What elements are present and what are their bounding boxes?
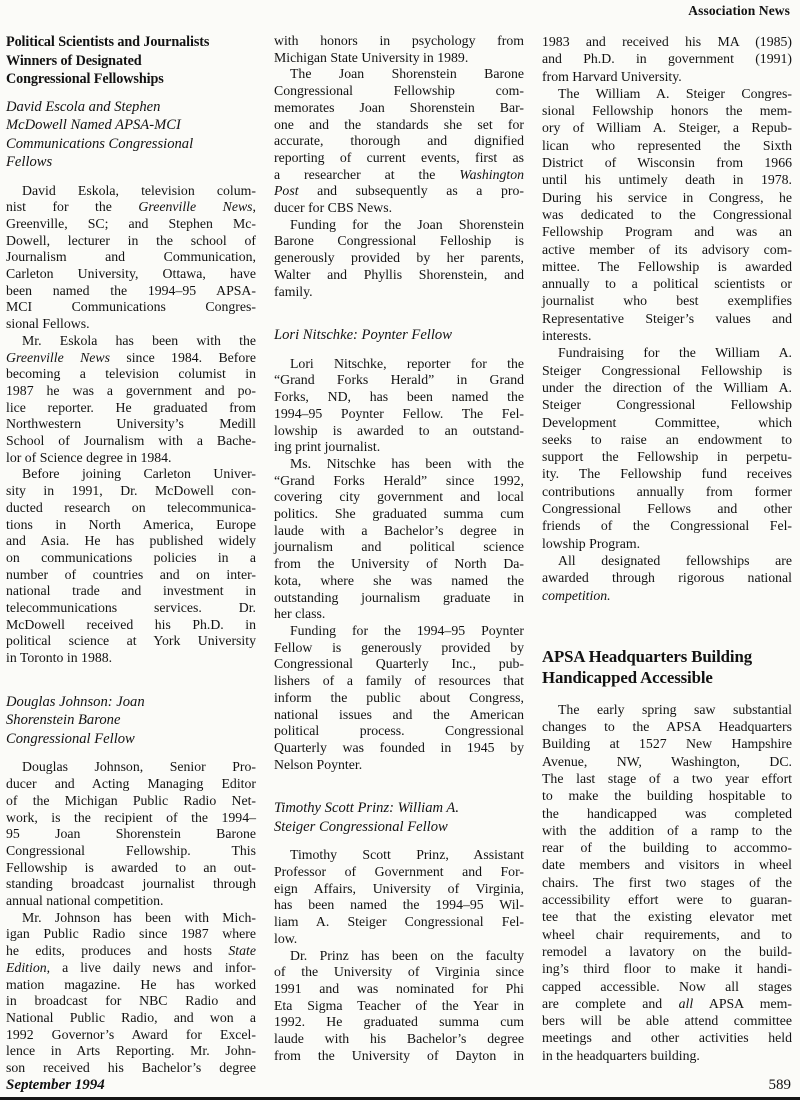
text-line: was dedicated to the Congressional: [542, 206, 792, 223]
text-line: from the University of Dayton in: [274, 1048, 524, 1065]
text-line: Journalism and Communication,: [6, 249, 256, 266]
text-line: 1983 and received his MA (1985): [542, 33, 792, 50]
text-line: reporting of current events, first as: [274, 150, 524, 167]
paragraph: Mr. Johnson has been with Mich-igan Publ…: [6, 910, 256, 1077]
text-line: The Joan Shorenstein Barone: [274, 66, 524, 83]
text-line: Douglas Johnson: Joan: [6, 693, 256, 712]
text-line: Forks, ND, has been named the: [274, 389, 524, 406]
text-line: kota, where she was named the: [274, 573, 524, 590]
text-line: igan Public Radio since 1987 where: [6, 926, 256, 943]
text-line: and Asia. He has published widely: [6, 533, 256, 550]
text-line: eign Affairs, University of Virginia,: [274, 881, 524, 898]
text-line: lor of Science degree in 1984.: [6, 450, 256, 467]
text-line: Mr. Eskola has been with the: [6, 333, 256, 350]
text-line: tee that the existing elevator met: [542, 908, 792, 925]
text-line: Post and subsequently as a pro-: [274, 183, 524, 200]
text-line: friends of the Congressional Fel-: [542, 517, 792, 534]
text-line: chairs. The first two stages of the: [542, 874, 792, 891]
text-line: inform the public about Congress,: [274, 690, 524, 707]
text-line: standing broadcast journalist through: [6, 876, 256, 893]
text-line: political process. Congressional: [274, 723, 524, 740]
text-line: Quarterly was founded in 1945 by: [274, 740, 524, 757]
text-line: outstanding journalism graduate in: [274, 590, 524, 607]
text-line: meetings and other activities held: [542, 1029, 792, 1046]
text-line: ity. The Fellowship fund receives: [542, 465, 792, 482]
text-line: ing’s third floor to make it handi-: [542, 960, 792, 977]
text-line: from the University of North Da-: [274, 556, 524, 573]
paragraph: Douglas Johnson, Senior Pro-ducer and Ac…: [6, 759, 256, 909]
text-line: ducted research on telecommunica-: [6, 500, 256, 517]
text-line: ducer for CBS News.: [274, 200, 524, 217]
section-heading: APSA Headquarters BuildingHandicapped Ac…: [542, 646, 792, 688]
text-line: Congressional Fellow: [6, 730, 256, 749]
text-line: accurate, thorough and dignified: [274, 133, 524, 150]
text-line: one and the standards she set for: [274, 117, 524, 134]
text-line: he edits, produces and hosts State: [6, 943, 256, 960]
text-line: interests.: [542, 327, 792, 344]
text-line: with the addition of a ramp to the: [542, 822, 792, 839]
text-line: During his service in Congress, he: [542, 189, 792, 206]
text-line: Funding for the 1994–95 Poynter: [274, 623, 524, 640]
text-line: been named the 1994–95 APSA-: [6, 283, 256, 300]
paragraph: 1983 and received his MA (1985)and Ph.D.…: [542, 33, 792, 85]
text-line: under the direction of the William A.: [542, 379, 792, 396]
text-line: lice reporter. He graduated from: [6, 400, 256, 417]
text-line: from Harvard University.: [542, 68, 792, 85]
text-line: national trade and investment in: [6, 583, 256, 600]
text-line: APSA Headquarters Building: [542, 646, 792, 667]
text-line: lowship Program.: [542, 535, 792, 552]
text-line: 95 Joan Shorenstein Barone: [6, 826, 256, 843]
text-line: political science at York University: [6, 633, 256, 650]
text-line: Handicapped Accessible: [542, 667, 792, 688]
text-line: Dowell, lecturer in the school of: [6, 233, 256, 250]
text-line: Eta Sigma Teacher of the Year in: [274, 998, 524, 1015]
text-line: Funding for the Joan Shorenstein: [274, 217, 524, 234]
text-line: nist for the Greenville News,: [6, 199, 256, 216]
text-line: work, is the recipient of the 1994–: [6, 810, 256, 827]
text-line: lence in Arts Reporting. Mr. John-: [6, 1043, 256, 1060]
paragraph: The early spring saw substantialchanges …: [542, 701, 792, 1064]
text-line: competition.: [542, 587, 792, 604]
text-line: lowship is awarded to an outstand-: [274, 423, 524, 440]
text-line: lican who represented the Sixth: [542, 137, 792, 154]
paragraph: Dr. Prinz has been on the facultyof the …: [274, 948, 524, 1065]
text-line: Winners of Designated: [6, 52, 256, 71]
footer-page-number: 589: [769, 1077, 792, 1094]
text-line: 1991 and was nominated for Phi: [274, 981, 524, 998]
text-line: sional Fellowship honors the mem-: [542, 102, 792, 119]
text-line: Lori Nitschke: Poynter Fellow: [274, 326, 524, 345]
text-line: Dr. Prinz has been on the faculty: [274, 948, 524, 965]
text-line: in Toronto in 1988.: [6, 650, 256, 667]
text-line: 1987 he was a government and po-: [6, 383, 256, 400]
text-line: ducer and Acting Managing Editor: [6, 776, 256, 793]
article-heading: Political Scientists and JournalistsWinn…: [6, 33, 256, 89]
text-line: Michigan State University in 1989.: [274, 50, 524, 67]
section-subheading: David Escola and StephenMcDowell Named A…: [6, 98, 256, 172]
text-line: Edition, a live daily news and infor-: [6, 960, 256, 977]
text-line: mation magazine. He has worked: [6, 977, 256, 994]
text-line: Professor of Government and For-: [274, 864, 524, 881]
text-line: David Escola and Stephen: [6, 98, 256, 117]
text-line: and Ph.D. in government (1991): [542, 50, 792, 67]
text-line: Fellowship Program and was an: [542, 223, 792, 240]
text-line: are complete and all APSA mem-: [542, 995, 792, 1012]
text-line: memorates Joan Shorenstein Bar-: [274, 100, 524, 117]
text-line: wheel chair requirements, and to: [542, 926, 792, 943]
text-line: active member of its advisory com-: [542, 241, 792, 258]
text-line: laude with his Bachelor’s degree: [274, 1031, 524, 1048]
paragraph: Funding for the 1994–95 PoynterFellow is…: [274, 623, 524, 773]
paragraph: Fundraising for the William A.Steiger Co…: [542, 344, 792, 552]
text-line: until his untimely death in 1978.: [542, 171, 792, 188]
text-line: Congressional Fellowships: [6, 70, 256, 89]
text-line: All designated fellowships are: [542, 552, 792, 569]
journal-page: Association News Political Scientists an…: [0, 0, 800, 1100]
text-line: Steiger Congressional Fellow: [274, 818, 524, 837]
text-line: covering city government and local: [274, 489, 524, 506]
text-line: Representative Steiger’s values and: [542, 310, 792, 327]
text-line: Ms. Nitschke has been with the: [274, 456, 524, 473]
text-line: changes to the APSA Headquarters: [542, 718, 792, 735]
text-line: politics. She graduated summa cum: [274, 506, 524, 523]
text-line: national issues and the American: [274, 707, 524, 724]
text-line: to make the building hospitable to: [542, 787, 792, 804]
text-line: becoming a television columist in: [6, 366, 256, 383]
text-line: McDowell received his Ph.D. in: [6, 617, 256, 634]
text-line: number of countries and on inter-: [6, 567, 256, 584]
paragraph: David Eskola, television colum-nist for …: [6, 183, 256, 333]
column-1: Political Scientists and JournalistsWinn…: [6, 33, 256, 1077]
text-line: Congressional Fellows and other: [542, 500, 792, 517]
text-line: rear of the building to accommo-: [542, 839, 792, 856]
text-line: “Grand Forks Herald” in Grand: [274, 372, 524, 389]
paragraph: Before joining Carleton Univer-sity in 1…: [6, 466, 256, 666]
text-line: Greenville News since 1984. Before: [6, 350, 256, 367]
paragraph: Timothy Scott Prinz, AssistantProfessor …: [274, 847, 524, 947]
text-line: Political Scientists and Journalists: [6, 33, 256, 52]
text-line: Development Committee, which: [542, 414, 792, 431]
text-line: Communications Congressional: [6, 135, 256, 154]
paragraph: Ms. Nitschke has been with the“Grand For…: [274, 456, 524, 623]
text-line: of the Michigan Public Radio Net-: [6, 793, 256, 810]
text-line: School of Journalism with a Bache-: [6, 433, 256, 450]
text-line: Steiger Congressional Fellowship: [542, 396, 792, 413]
column-3: 1983 and received his MA (1985)and Ph.D.…: [542, 33, 792, 1077]
text-line: The William A. Steiger Congres-: [542, 85, 792, 102]
text-line: The last stage of a two year effort: [542, 770, 792, 787]
text-line: on communications policies in a: [6, 550, 256, 567]
text-line: Congressional Fellowship com-: [274, 83, 524, 100]
text-line: MCI Communications Congres-: [6, 299, 256, 316]
text-line: Shorenstein Barone: [6, 711, 256, 730]
text-line: capped accessible. Now all stages: [542, 978, 792, 995]
text-line: contributions annually from former: [542, 483, 792, 500]
paragraph: The William A. Steiger Congres-sional Fe…: [542, 85, 792, 344]
text-line: in the headquarters building.: [542, 1047, 792, 1064]
text-line: Before joining Carleton Univer-: [6, 466, 256, 483]
text-line: Lori Nitschke, reporter for the: [274, 356, 524, 373]
text-line: annual national competition.: [6, 893, 256, 910]
text-line: mittee. The Fellowship is awarded: [542, 258, 792, 275]
text-line: the handicapped was completed: [542, 805, 792, 822]
paragraph: Lori Nitschke, reporter for the“Grand Fo…: [274, 356, 524, 456]
text-line: Greenville, SC; and Stephen Mc-: [6, 216, 256, 233]
text-line: McDowell Named APSA-MCI: [6, 116, 256, 135]
text-line: sity in 1991, Dr. McDowell con-: [6, 483, 256, 500]
text-line: Nelson Poynter.: [274, 757, 524, 774]
text-line: District of Wisconsin from 1966: [542, 154, 792, 171]
text-line: Congressional Quarterly Inc., pub-: [274, 656, 524, 673]
text-line: date members and visitors in wheel: [542, 856, 792, 873]
text-line: awarded through rigorous national: [542, 569, 792, 586]
text-line: bers will be able attend committee: [542, 1012, 792, 1029]
text-line: of the University of Virginia since: [274, 964, 524, 981]
text-line: Congressional Fellowship. This: [6, 843, 256, 860]
text-line: tions in North America, Europe: [6, 517, 256, 534]
text-line: Timothy Scott Prinz: William A.: [274, 799, 524, 818]
running-head: Association News: [688, 3, 790, 19]
three-column-text: Political Scientists and JournalistsWinn…: [6, 33, 792, 1077]
text-line: 1992. He graduated summa cum: [274, 1014, 524, 1031]
text-line: David Eskola, television colum-: [6, 183, 256, 200]
text-line: ory of William A. Steiger, a Repub-: [542, 119, 792, 136]
text-line: Steiger Congressional Fellowship is: [542, 362, 792, 379]
text-line: in broadcast for NBC Radio and: [6, 993, 256, 1010]
text-line: ing print journalist.: [274, 439, 524, 456]
text-line: Timothy Scott Prinz, Assistant: [274, 847, 524, 864]
footer-issue-date: September 1994: [6, 1077, 105, 1094]
text-line: her class.: [274, 606, 524, 623]
text-line: journalism and political science: [274, 539, 524, 556]
text-line: family.: [274, 284, 524, 301]
text-line: Fellow is generously provided by: [274, 640, 524, 657]
section-subheading: Douglas Johnson: JoanShorenstein BaroneC…: [6, 693, 256, 749]
text-line: low.: [274, 931, 524, 948]
text-line: “Grand Forks Herald” since 1992,: [274, 473, 524, 490]
text-line: National Public Radio, and won a: [6, 1010, 256, 1027]
text-line: with honors in psychology from: [274, 33, 524, 50]
text-line: Fundraising for the William A.: [542, 344, 792, 361]
text-line: accessibility effort were to guaran-: [542, 891, 792, 908]
text-line: Fellowship is awarded to an out-: [6, 860, 256, 877]
text-line: Avenue, NW, Washington, DC.: [542, 753, 792, 770]
paragraph: The Joan Shorenstein BaroneCongressional…: [274, 66, 524, 216]
text-line: Douglas Johnson, Senior Pro-: [6, 759, 256, 776]
paragraph: All designated fellowships areawarded th…: [542, 552, 792, 604]
text-line: Northwestern University’s Medill: [6, 416, 256, 433]
text-line: son received his Bachelor’s degree: [6, 1060, 256, 1077]
section-subheading: Lori Nitschke: Poynter Fellow: [274, 326, 524, 345]
text-line: 1992 Governor’s Award for Excel-: [6, 1027, 256, 1044]
text-line: Barone Congressional Felloship is: [274, 233, 524, 250]
text-line: has been named the 1994–95 Wil-: [274, 897, 524, 914]
text-line: support the Fellowship in perpetu-: [542, 448, 792, 465]
text-line: Carleton University, Ottawa, have: [6, 266, 256, 283]
text-line: laude with a Bachelor’s degree in: [274, 523, 524, 540]
text-line: generously provided by her parents,: [274, 250, 524, 267]
paragraph: with honors in psychology fromMichigan S…: [274, 33, 524, 66]
text-line: The early spring saw substantial: [542, 701, 792, 718]
text-line: lishers of a family of resources that: [274, 673, 524, 690]
text-line: Mr. Johnson has been with Mich-: [6, 910, 256, 927]
text-line: sional Fellows.: [6, 316, 256, 333]
text-line: telecommunications services. Dr.: [6, 600, 256, 617]
text-line: 1994–95 Poynter Fellow. The Fel-: [274, 406, 524, 423]
paragraph: Mr. Eskola has been with theGreenville N…: [6, 333, 256, 467]
text-line: journalist who best exemplifies: [542, 292, 792, 309]
text-line: remodel a lavatory on the build-: [542, 943, 792, 960]
paragraph: Funding for the Joan ShorensteinBarone C…: [274, 217, 524, 301]
text-line: Fellows: [6, 153, 256, 172]
column-2: with honors in psychology fromMichigan S…: [274, 33, 524, 1077]
text-line: liam A. Steiger Congressional Fel-: [274, 914, 524, 931]
text-line: seeks to raise an endowment to: [542, 431, 792, 448]
text-line: a researcher at the Washington: [274, 167, 524, 184]
text-line: Building at 1527 New Hampshire: [542, 735, 792, 752]
text-line: annually to a political scientists or: [542, 275, 792, 292]
page-footer: September 1994 589: [6, 1077, 791, 1094]
text-line: Walter and Phyllis Shorenstein, and: [274, 267, 524, 284]
section-subheading: Timothy Scott Prinz: William A.Steiger C…: [274, 799, 524, 836]
